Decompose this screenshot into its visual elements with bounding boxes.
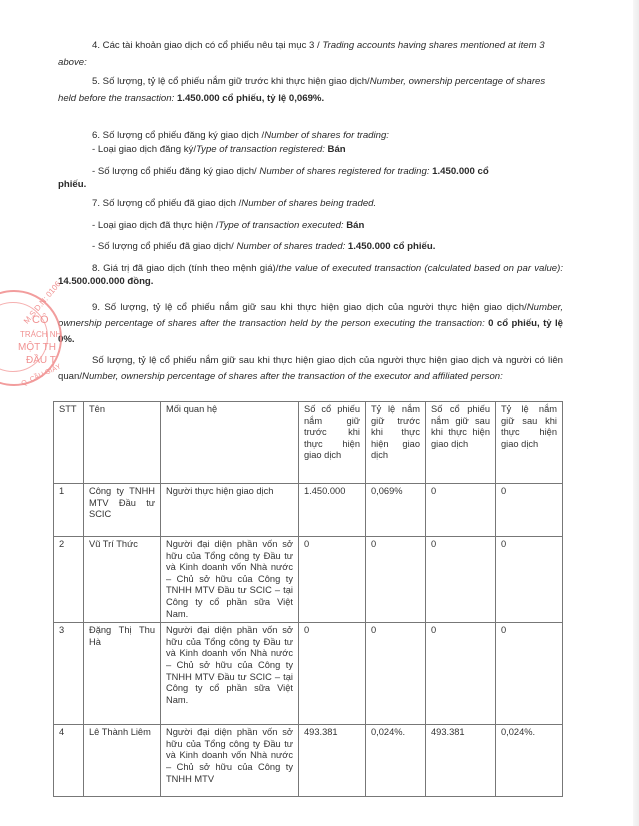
item-7-title: 7. Số lượng cổ phiếu đã giao dịch /Numbe… [92, 197, 376, 210]
cell-name: Đặng Thị Thu Hà [84, 623, 161, 725]
cell-relationship: Người đại diện phần vốn sở hữu của Tổng … [161, 725, 299, 797]
table-row: 2Vũ Trí ThứcNgười đại diện phần vốn sở h… [54, 537, 563, 623]
stamp-text-3: MỘT TH [18, 342, 56, 353]
item-6-type-vi: - Loại giao dịch đăng ký/ [92, 144, 196, 155]
cell-stt: 1 [54, 484, 84, 537]
cell-shares-after: 0 [426, 623, 496, 725]
header-relationship: Mối quan hệ [161, 402, 299, 484]
cell-ratio-before: 0 [366, 623, 426, 725]
item-5-vi: 5. Số lượng, tỷ lệ cổ phiếu nắm giữ trướ… [92, 76, 370, 87]
item-4-line1: 4. Các tài khoản giao dịch có cổ phiếu n… [58, 37, 563, 71]
cell-ratio-before: 0 [366, 537, 426, 623]
item-7-qty: - Số lượng cổ phiếu đã giao dịch/ Number… [92, 240, 435, 253]
cell-shares-before: 1.450.000 [299, 484, 366, 537]
cell-stt: 4 [54, 725, 84, 797]
cell-shares-before: 0 [299, 537, 366, 623]
item-7-qty-en: Number of shares traded: [236, 241, 347, 252]
item-8: 8. Giá trị đã giao dịch (tính theo mệnh … [58, 262, 563, 288]
cell-ratio-before: 0,024%. [366, 725, 426, 797]
item-7-type: - Loại giao dịch đã thực hiện /Type of t… [92, 219, 364, 232]
cell-name: Lê Thành Liêm [84, 725, 161, 797]
cell-stt: 3 [54, 623, 84, 725]
cell-ratio-after: 0,024%. [496, 725, 563, 797]
item-6-title-vi: 6. Số lượng cổ phiếu đăng ký giao dịch / [92, 130, 264, 141]
item-4-vi: 4. Các tài khoản giao dịch có cổ phiếu n… [92, 40, 322, 51]
cell-relationship: Người đại diện phần vốn sở hữu của Tổng … [161, 537, 299, 623]
item-6-type: - Loại giao dịch đăng ký/Type of transac… [92, 143, 346, 156]
item-5-line1: 5. Số lượng, tỷ lệ cổ phiếu nắm giữ trướ… [58, 73, 563, 107]
item-6-qty-cont: phiếu. [58, 178, 86, 191]
cell-ratio-after: 0 [496, 623, 563, 725]
cell-ratio-before: 0,069% [366, 484, 426, 537]
cell-shares-after: 0 [426, 537, 496, 623]
item-7-qty-vi: - Số lượng cổ phiếu đã giao dịch/ [92, 241, 236, 252]
item-8-en: the value of executed transaction (calcu… [278, 263, 563, 274]
table-row: 1Công ty TNHH MTV Đầu tư SCICNgười thực … [54, 484, 563, 537]
item-7-type-en: Type of transaction executed: [218, 220, 346, 231]
cell-shares-after: 493.381 [426, 725, 496, 797]
cell-shares-after: 0 [426, 484, 496, 537]
item-6-title-en: Number of shares for trading: [264, 130, 389, 141]
stamp-text-4: ĐẦU T [26, 355, 56, 366]
cell-shares-before: 0 [299, 623, 366, 725]
cell-name: Vũ Trí Thức [84, 537, 161, 623]
item-6-qty-en: Number of shares registered for trading: [259, 166, 432, 177]
cell-name: Công ty TNHH MTV Đầu tư SCIC [84, 484, 161, 537]
item-7-qty-value: 1.450.000 cổ phiếu. [348, 241, 435, 252]
item-7-title-en: Number of shares being traded. [241, 198, 376, 209]
item-6-qty-value-a: 1.450.000 cổ [432, 166, 489, 177]
table-row: 4Lê Thành LiêmNgười đại diện phần vốn sở… [54, 725, 563, 797]
header-ratio-after: Tỷ lệ nắm giữ sau khi thực hiện giao dịc… [496, 402, 563, 484]
stamp-text-1: CÔ [32, 314, 49, 326]
header-stt: STT [54, 402, 84, 484]
item-7-type-vi: - Loại giao dịch đã thực hiện / [92, 220, 218, 231]
stamp-text-2: TRÁCH NH [20, 330, 61, 339]
item-6-type-en: Type of transaction registered: [196, 144, 328, 155]
affiliated-paragraph: Số lượng, tỷ lệ cổ phiếu nắm giữ sau khi… [58, 353, 563, 384]
item-7-type-value: Bán [346, 220, 364, 231]
shareholding-table: STT Tên Mối quan hệ Số cổ phiếu nắm giữ … [53, 401, 563, 797]
header-shares-before: Số cổ phiếu nắm giữ trước khi thực hiện … [299, 402, 366, 484]
cell-relationship: Người thực hiện giao dịch [161, 484, 299, 537]
item-5-value: 1.450.000 cổ phiếu, tỷ lệ 0,069%. [177, 93, 324, 104]
page-edge-shadow [633, 0, 639, 826]
item-6-qty-vi: - Số lượng cổ phiếu đăng ký giao dịch/ [92, 166, 259, 177]
header-name: Tên [84, 402, 161, 484]
cell-relationship: Người đại diện phần vốn sở hữu của Tổng … [161, 623, 299, 725]
header-ratio-before: Tỷ lệ nắm giữ trước khi thực hiện giao d… [366, 402, 426, 484]
item-9-vi: 9. Số lượng, tỷ lệ cổ phiếu nắm giữ sau … [92, 302, 527, 313]
cell-shares-before: 493.381 [299, 725, 366, 797]
item-6-qty-value-b: phiếu. [58, 179, 86, 190]
item-8-value: 14.500.000.000 đồng. [58, 276, 153, 287]
item-9: 9. Số lượng, tỷ lệ cổ phiếu nắm giữ sau … [58, 300, 563, 348]
item-7-title-vi: 7. Số lượng cổ phiếu đã giao dịch / [92, 198, 241, 209]
cell-ratio-after: 0 [496, 537, 563, 623]
table-row: 3Đặng Thị Thu HàNgười đại diện phần vốn … [54, 623, 563, 725]
company-seal-stamp: M.S.D.N: 0106 CÔ TRÁCH NH MỘT TH ĐẦU T Q… [0, 290, 62, 386]
item-6-type-value: Bán [328, 144, 346, 155]
header-shares-after: Số cổ phiếu nắm giữ sau khi thực hiện gi… [426, 402, 496, 484]
item-8-vi: 8. Giá trị đã giao dịch (tính theo mệnh … [92, 263, 278, 274]
table-header-row: STT Tên Mối quan hệ Số cổ phiếu nắm giữ … [54, 402, 563, 484]
item-6-qty: - Số lượng cổ phiếu đăng ký giao dịch/ N… [92, 165, 489, 178]
item-6-title: 6. Số lượng cổ phiếu đăng ký giao dịch /… [92, 129, 389, 142]
cell-stt: 2 [54, 537, 84, 623]
cell-ratio-after: 0 [496, 484, 563, 537]
affiliated-en: Number, ownership percentage of shares a… [82, 371, 503, 382]
